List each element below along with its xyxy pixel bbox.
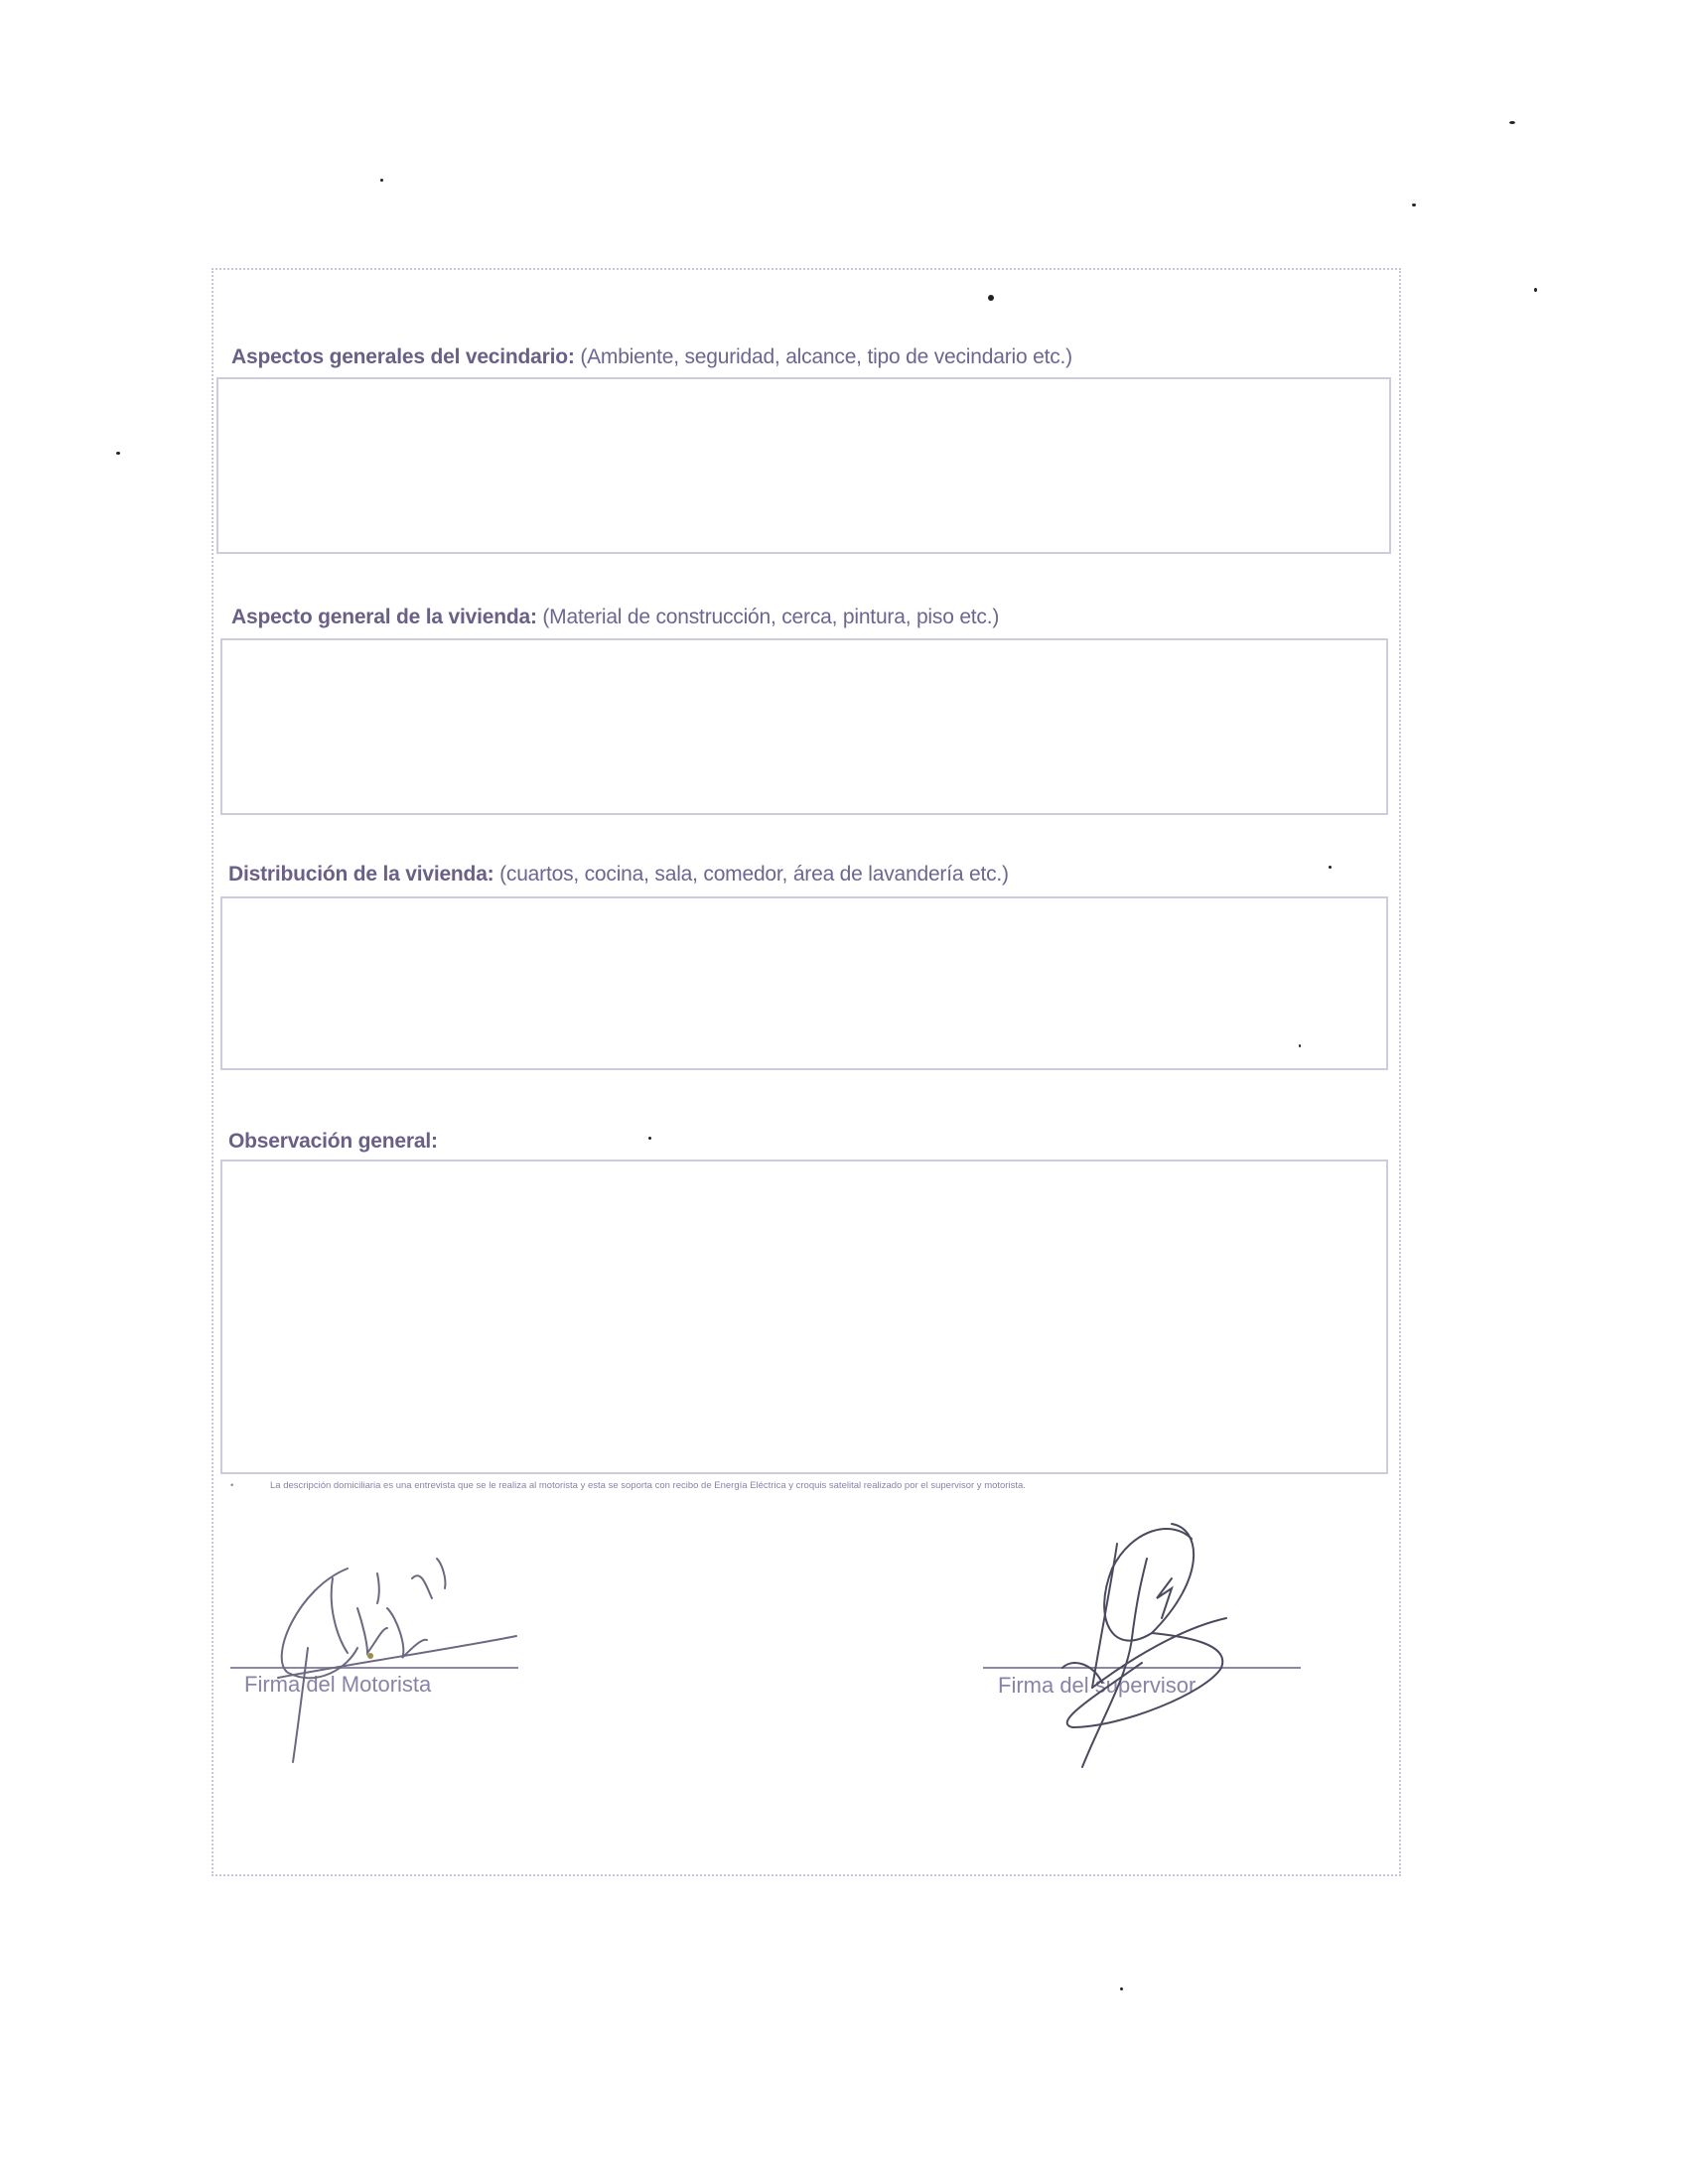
- section-title: Observación general:: [228, 1130, 438, 1153]
- scan-speck: [1329, 866, 1332, 869]
- scan-speck: [380, 179, 383, 182]
- motorista-signature-icon: [238, 1549, 536, 1767]
- scan-speck: [988, 295, 994, 301]
- section-label-neighborhood: Aspectos generales del vecindario: (Ambi…: [231, 345, 1072, 369]
- section-label-general-observation: Observación general:: [228, 1130, 438, 1154]
- scan-speck: [1299, 1044, 1301, 1047]
- footnote-text: La descripción domiciliaria es una entre…: [270, 1479, 1372, 1493]
- bullet-icon: •: [230, 1479, 233, 1493]
- supervisor-signature-icon: [1033, 1519, 1271, 1777]
- house-appearance-field[interactable]: [220, 638, 1388, 815]
- scan-speck: [1534, 288, 1537, 292]
- scan-speck: [1412, 204, 1416, 206]
- scan-speck: [1509, 121, 1515, 124]
- scan-speck: [116, 452, 120, 455]
- house-layout-field[interactable]: [220, 896, 1388, 1070]
- section-title: Aspectos generales del vecindario:: [231, 345, 575, 368]
- scan-speck: [1120, 1987, 1123, 1990]
- section-hint: (Ambiente, seguridad, alcance, tipo de v…: [580, 345, 1072, 368]
- neighborhood-field[interactable]: [216, 377, 1391, 554]
- section-title: Distribución de la vivienda:: [228, 863, 493, 886]
- section-hint: (Material de construcción, cerca, pintur…: [542, 606, 999, 628]
- section-hint: (cuartos, cocina, sala, comedor, área de…: [499, 863, 1009, 886]
- section-label-house-layout: Distribución de la vivienda: (cuartos, c…: [228, 863, 1009, 887]
- general-observation-field[interactable]: [220, 1160, 1388, 1474]
- scan-speck: [648, 1137, 651, 1140]
- section-label-house-appearance: Aspecto general de la vivienda: (Materia…: [231, 606, 999, 629]
- section-title: Aspecto general de la vivienda:: [231, 606, 537, 628]
